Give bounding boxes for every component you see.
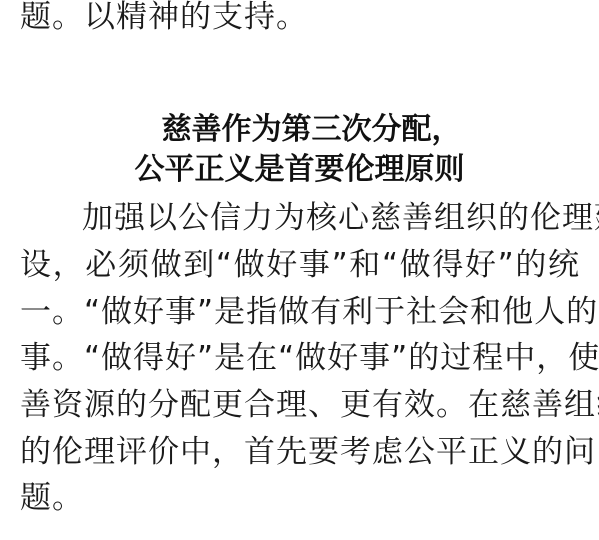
- paragraph-line: 善资源的分配更合理、更有效。在慈善组织: [20, 385, 580, 425]
- heading-line-2: 公平正义是首要伦理原则: [0, 150, 599, 190]
- paragraph-line: 的伦理评价中，首先要考虑公平正义的问: [20, 432, 580, 472]
- paragraph-line: 题。: [20, 478, 84, 518]
- paragraph-line: 加强以公信力为核心慈善组织的伦理建: [82, 198, 580, 238]
- paragraph-line: 一。“做好事”是指做有利于社会和他人的善: [20, 292, 580, 332]
- paragraph-line: 设，必须做到“做好事”和“做得好”的统: [20, 245, 580, 285]
- paragraph-line: 事。“做得好”是在“做好事”的过程中，使慈: [20, 338, 580, 378]
- heading-line-1: 慈善作为第三次分配，: [12, 110, 599, 150]
- previous-paragraph-ending: 题。以精神的支持。: [20, 0, 308, 37]
